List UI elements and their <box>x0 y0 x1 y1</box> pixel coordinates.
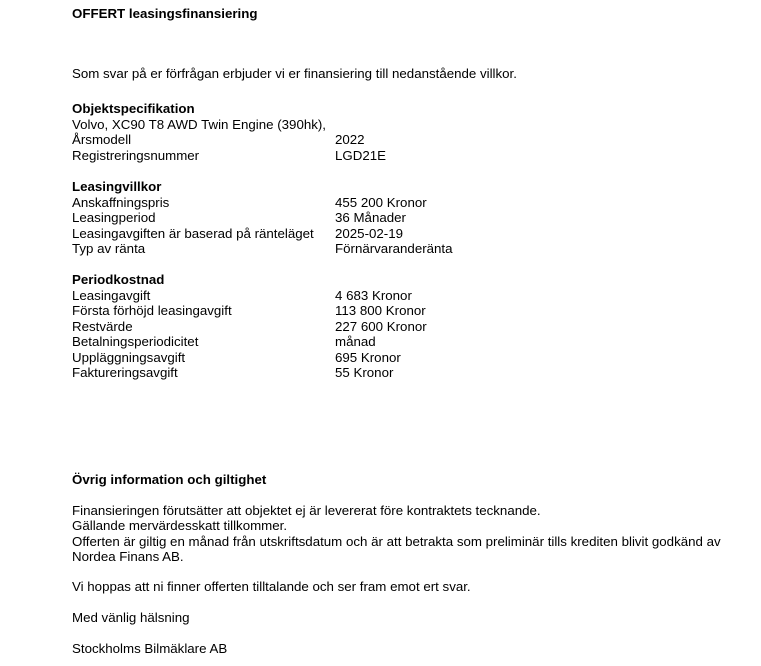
acquisition-price-value: 455 200 Kronor <box>335 195 427 211</box>
first-increased-fee-label: Första förhöjd leasingavgift <box>72 303 232 319</box>
interest-date-label: Leasingavgiften är baserad på ränteläget <box>72 226 314 242</box>
interest-date-value: 2025-02-19 <box>335 226 403 242</box>
leasing-period-label: Leasingperiod <box>72 210 156 226</box>
invoice-fee-label: Faktureringsavgift <box>72 365 178 381</box>
interest-type-value: Förnärvaranderänta <box>335 241 453 257</box>
setup-fee-value: 695 Kronor <box>335 350 401 366</box>
other-info-line: Offerten är giltig en månad från utskrif… <box>72 534 721 550</box>
document-title: OFFERT leasingsfinansiering <box>72 6 257 22</box>
other-info-heading: Övrig information och giltighet <box>72 472 266 488</box>
acquisition-price-label: Anskaffningspris <box>72 195 169 211</box>
greeting-text: Med vänlig hälsning <box>72 610 190 626</box>
other-info-line: Gällande mervärdesskatt tillkommer. <box>72 518 287 534</box>
invoice-fee-value: 55 Kronor <box>335 365 393 381</box>
leasing-terms-heading: Leasingvillkor <box>72 179 161 195</box>
leasing-period-value: 36 Månader <box>335 210 406 226</box>
registration-number-value: LGD21E <box>335 148 386 164</box>
other-info-line: Finansieringen förutsätter att objektet … <box>72 503 541 519</box>
payment-frequency-label: Betalningsperiodicitet <box>72 334 198 350</box>
leasing-fee-label: Leasingavgift <box>72 288 150 304</box>
residual-value-value: 227 600 Kronor <box>335 319 427 335</box>
intro-text: Som svar på er förfrågan erbjuder vi er … <box>72 66 517 82</box>
object-description: Volvo, XC90 T8 AWD Twin Engine (390hk), <box>72 117 326 133</box>
model-year-label: Årsmodell <box>72 132 131 148</box>
setup-fee-label: Uppläggningsavgift <box>72 350 185 366</box>
closing-text: Vi hoppas att ni finner offerten tilltal… <box>72 579 471 595</box>
first-increased-fee-value: 113 800 Kronor <box>335 303 426 319</box>
object-spec-heading: Objektspecifikation <box>72 101 195 117</box>
period-cost-heading: Periodkostnad <box>72 272 164 288</box>
registration-number-label: Registreringsnummer <box>72 148 199 164</box>
interest-type-label: Typ av ränta <box>72 241 145 257</box>
other-info-line: Nordea Finans AB. <box>72 549 184 565</box>
signature-text: Stockholms Bilmäklare AB <box>72 641 227 657</box>
model-year-value: 2022 <box>335 132 365 148</box>
payment-frequency-value: månad <box>335 334 376 350</box>
residual-value-label: Restvärde <box>72 319 133 335</box>
leasing-fee-value: 4 683 Kronor <box>335 288 412 304</box>
